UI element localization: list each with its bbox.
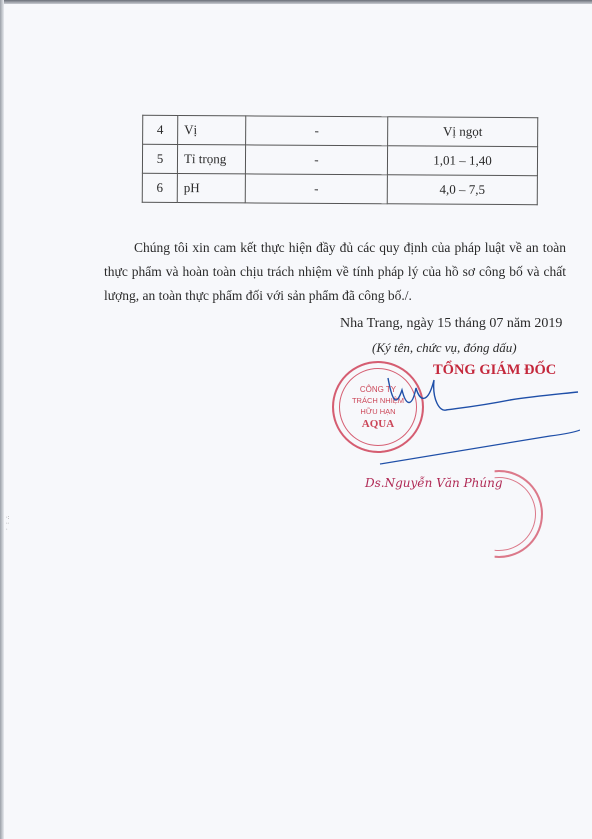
row-number: 5 — [142, 144, 177, 173]
signature-note: (Ký tên, chức vụ, đóng dấu) — [372, 340, 517, 356]
spec-table: 4 Vị - Vị ngọt 5 Tỉ trọng - 1,01 – 1,40 … — [142, 115, 539, 205]
row-number: 6 — [142, 173, 177, 202]
criterion-value: 4,0 – 7,5 — [387, 175, 537, 205]
criterion-value: Vị ngọt — [388, 117, 538, 147]
criterion-value: 1,01 – 1,40 — [387, 146, 537, 176]
handwritten-signature — [350, 360, 580, 470]
table-row: 6 pH - 4,0 – 7,5 — [142, 173, 537, 204]
table-row: 4 Vị - Vị ngọt — [143, 115, 538, 146]
commitment-text: Chúng tôi xin cam kết thực hiện đầy đủ c… — [104, 236, 566, 308]
criterion-unit: - — [246, 116, 388, 146]
row-number: 4 — [143, 115, 178, 144]
criterion-name: pH — [177, 174, 245, 203]
table-row: 5 Tỉ trọng - 1,01 – 1,40 — [142, 144, 537, 175]
commitment-paragraph: Chúng tôi xin cam kết thực hiện đầy đủ c… — [104, 236, 566, 308]
signer-name: Ds.Nguyễn Văn Phúng — [365, 476, 503, 490]
criterion-unit: - — [245, 174, 387, 204]
criterion-name: Tỉ trọng — [177, 145, 245, 174]
criterion-unit: - — [245, 145, 387, 175]
criterion-name: Vị — [178, 116, 246, 145]
margin-marks: ∙:∙∙∙ — [6, 515, 9, 533]
place-date: Nha Trang, ngày 15 tháng 07 năm 2019 — [340, 316, 562, 332]
